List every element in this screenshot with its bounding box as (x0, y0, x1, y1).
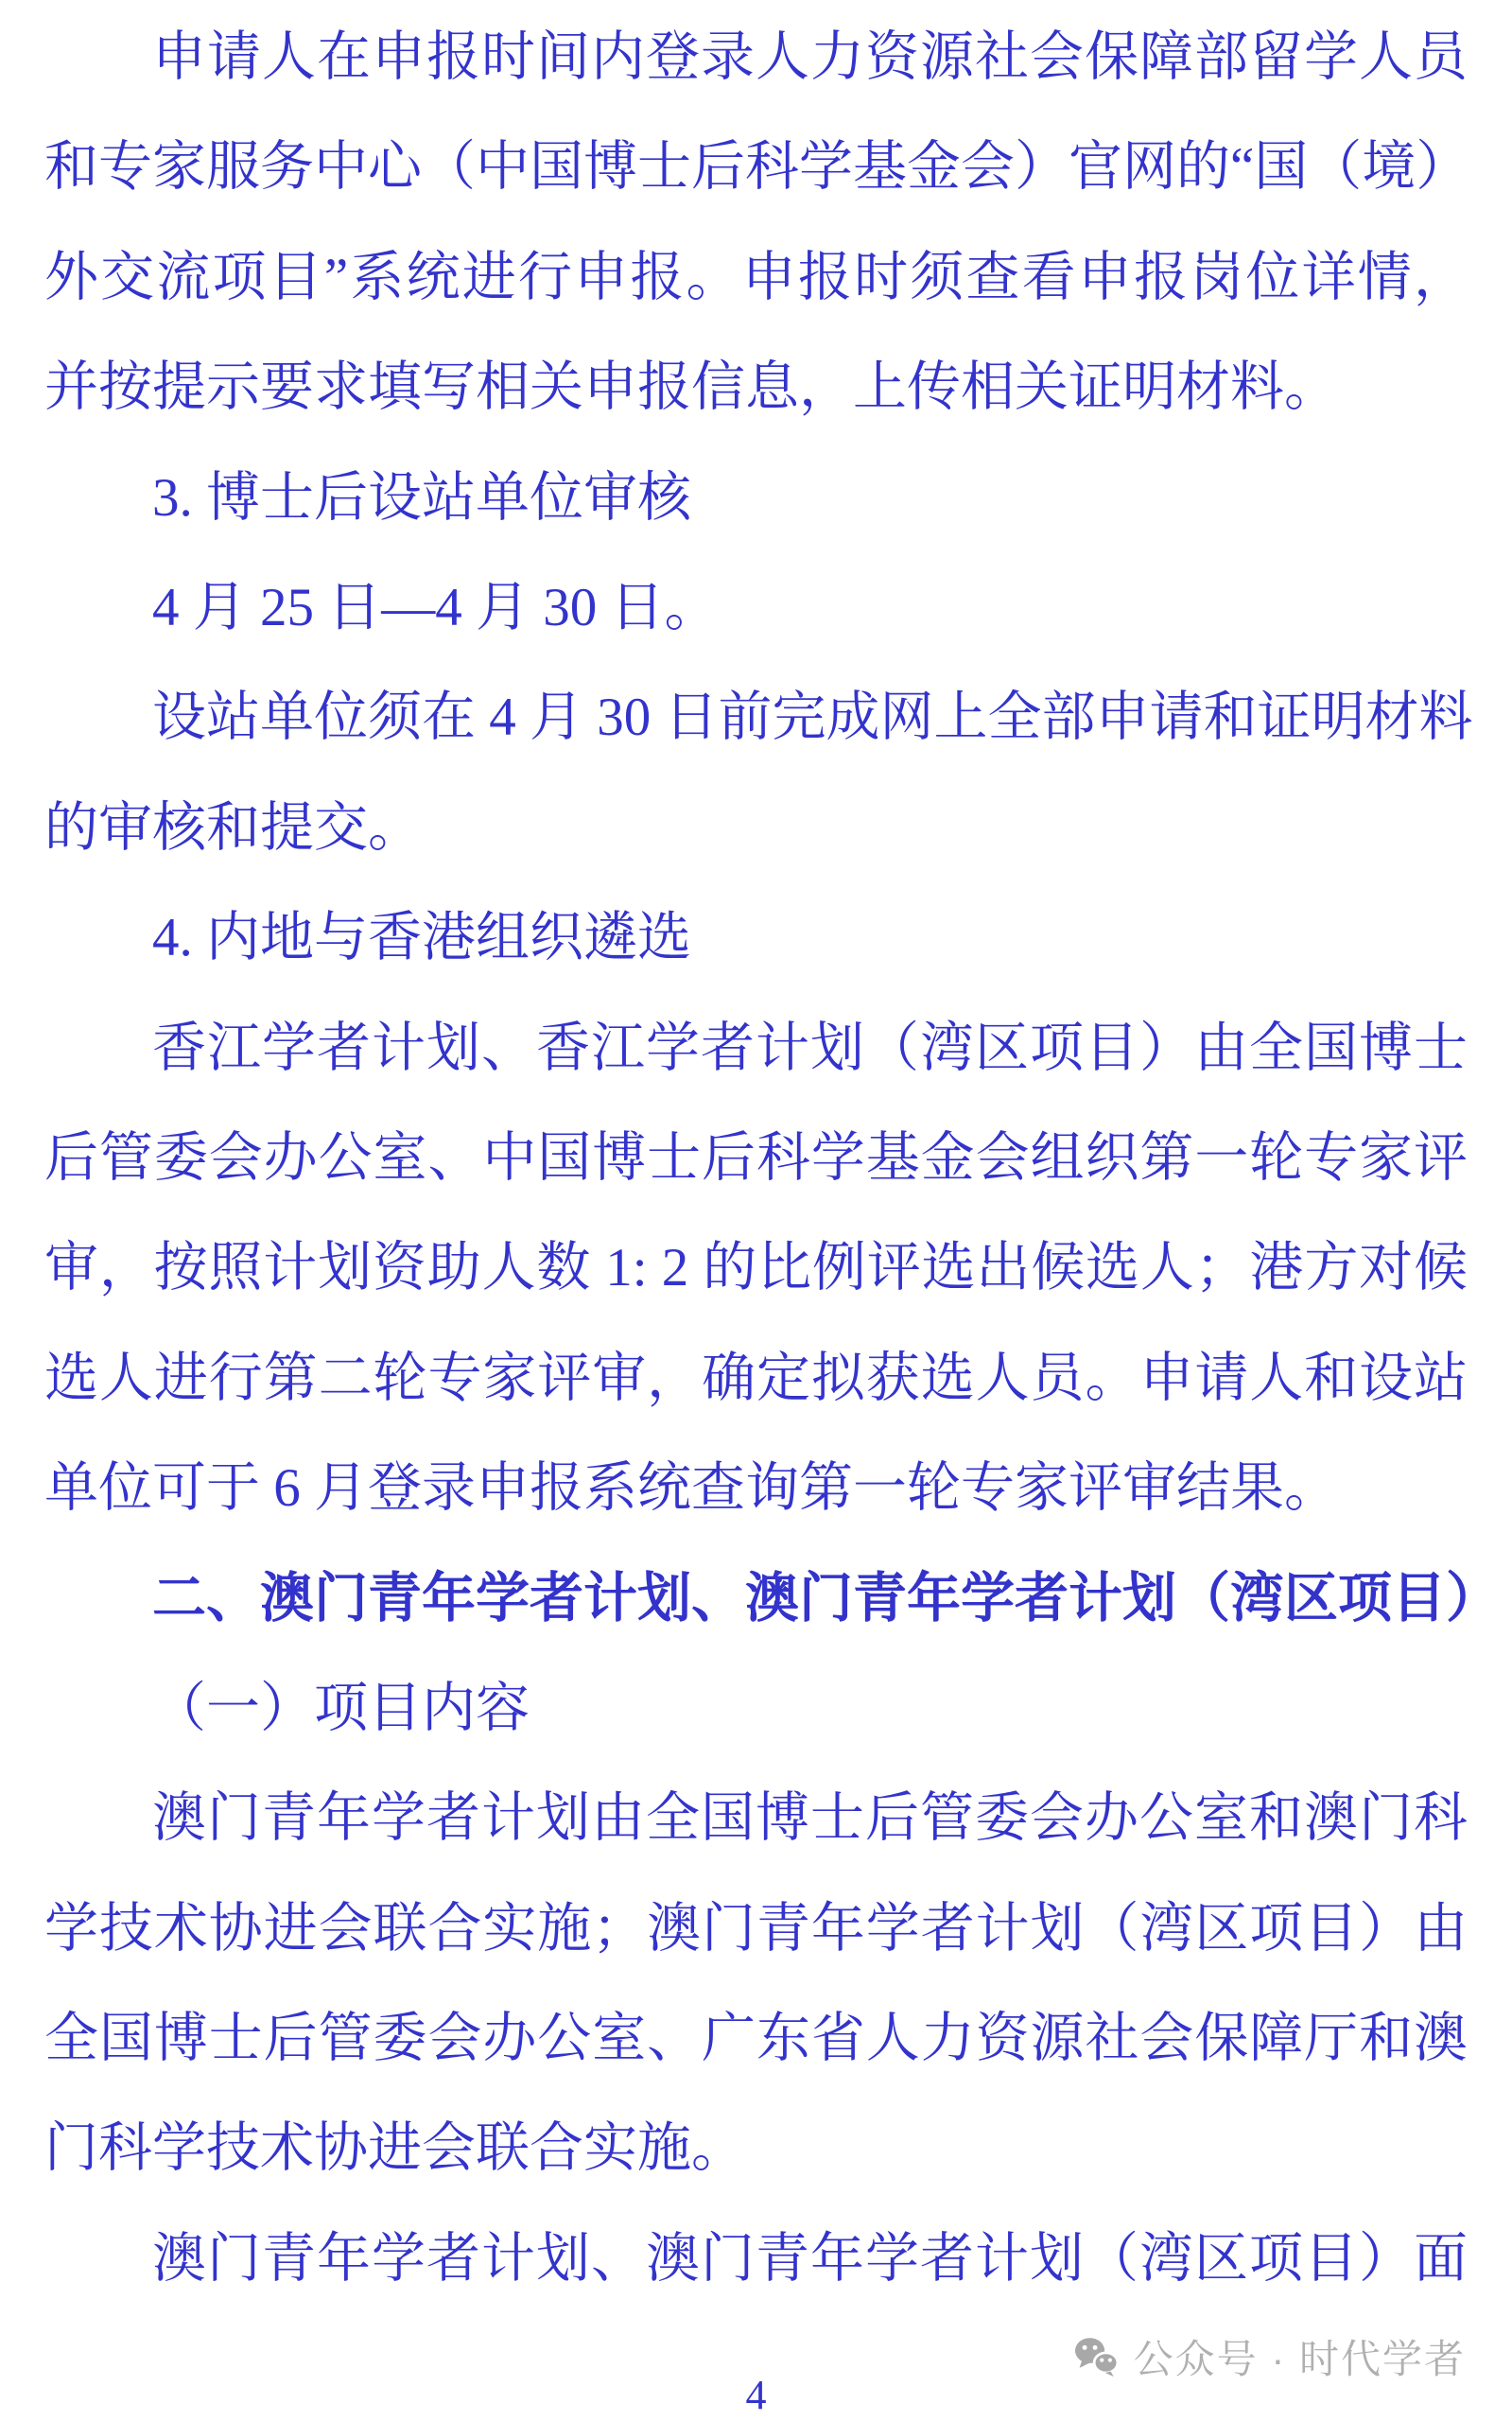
text-line: （一）项目内容 (44, 1654, 1468, 1764)
text-line: 澳门青年学者计划由全国博士后管委会办公室和澳门科 (44, 1764, 1468, 1873)
document-page: 申请人在申报时间内登录人力资源社会保障部留学人员和专家服务中心（中国博士后科学基… (0, 0, 1512, 2421)
text-line: 申请人在申报时间内登录人力资源社会保障部留学人员 (44, 3, 1468, 113)
text-line: 外交流项目”系统进行申报。申报时须查看申报岗位详情， (44, 223, 1468, 333)
text-line: 香江学者计划、香江学者计划（湾区项目）由全国博士 (44, 994, 1468, 1104)
text-line: 4 月 25 日—4 月 30 日。 (44, 553, 1468, 663)
page-number: 4 (0, 2370, 1512, 2421)
text-line: 设站单位须在 4 月 30 日前完成网上全部申请和证明材料 (44, 663, 1468, 773)
text-line: 澳门青年学者计划、澳门青年学者计划（湾区项目）面 (44, 2204, 1468, 2314)
text-line: 二、澳门青年学者计划、澳门青年学者计划（湾区项目） (44, 1543, 1468, 1653)
text-line: 3. 博士后设站单位审核 (44, 444, 1468, 553)
text-line: 选人进行第二轮专家评审，确定拟获选人员。申请人和设站 (44, 1324, 1468, 1434)
text-line: 门科学技术协进会联合实施。 (44, 2094, 1468, 2203)
text-line: 的审核和提交。 (44, 774, 1468, 883)
text-line: 和专家服务中心（中国博士后科学基金会）官网的“国（境） (44, 113, 1468, 222)
text-line: 全国博士后管委会办公室、广东省人力资源社会保障厅和澳 (44, 1984, 1468, 2094)
text-line: 单位可于 6 月登录申报系统查询第一轮专家评审结果。 (44, 1434, 1468, 1543)
text-line: 审，按照计划资助人数 1: 2 的比例评选出候选人；港方对候 (44, 1213, 1468, 1323)
text-line: 学技术协进会联合实施；澳门青年学者计划（湾区项目）由 (44, 1874, 1468, 1984)
text-line: 后管委会办公室、中国博士后科学基金会组织第一轮专家评 (44, 1104, 1468, 1213)
text-line: 并按提示要求填写相关申报信息，上传相关证明材料。 (44, 333, 1468, 443)
text-line: 4. 内地与香港组织遴选 (44, 883, 1468, 993)
document-body: 申请人在申报时间内登录人力资源社会保障部留学人员和专家服务中心（中国博士后科学基… (44, 3, 1468, 2314)
